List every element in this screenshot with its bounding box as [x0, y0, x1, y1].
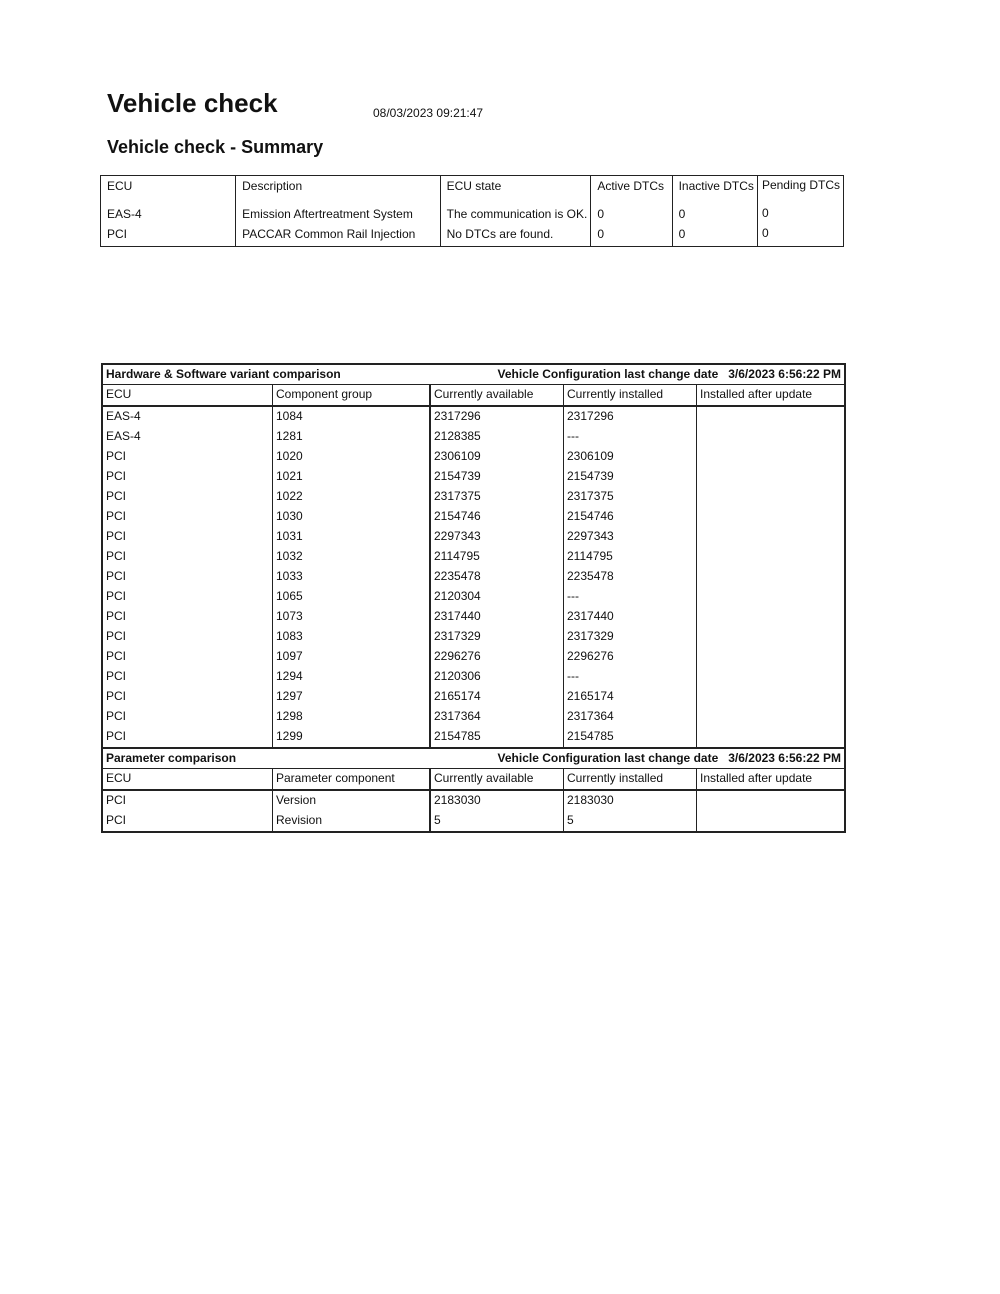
column-header: Description	[236, 176, 440, 207]
table-cell: 2296276	[564, 647, 697, 667]
table-cell: 1097	[273, 647, 431, 667]
table-cell: 1084	[273, 406, 431, 427]
table-cell: No DTCs are found.	[440, 226, 591, 247]
table-row: PCI108323173292317329	[102, 627, 845, 647]
section-title: Parameter comparison	[102, 748, 430, 769]
table-cell: PCI	[102, 707, 273, 727]
table-cell: 5	[430, 811, 564, 832]
table-cell	[697, 547, 846, 567]
table-cell: ---	[564, 427, 697, 447]
table-cell: 0	[672, 206, 757, 226]
table-cell: PCI	[102, 487, 273, 507]
summary-header-row: ECUDescriptionECU stateActive DTCsInacti…	[101, 176, 844, 207]
table-cell: 2306109	[564, 447, 697, 467]
table-row: PCI103322354782235478	[102, 567, 845, 587]
table-cell: 1281	[273, 427, 431, 447]
table-row: PCI102023061092306109	[102, 447, 845, 467]
table-cell: The communication is OK.	[440, 206, 591, 226]
table-row: PCI103021547462154746	[102, 507, 845, 527]
table-cell: 2183030	[430, 790, 564, 811]
table-cell: 2317296	[430, 406, 564, 427]
config-change-date: Vehicle Configuration last change date3/…	[430, 364, 845, 385]
table-row: EAS-412812128385---	[102, 427, 845, 447]
table-cell: 1031	[273, 527, 431, 547]
table-cell: 2154739	[564, 467, 697, 487]
table-row: EAS-4Emission Aftertreatment SystemThe c…	[101, 206, 844, 226]
column-header: Parameter component	[273, 769, 431, 791]
column-header: Currently available	[430, 385, 564, 407]
params-section-header: Parameter comparisonVehicle Configuratio…	[102, 748, 845, 769]
table-cell: 2154746	[430, 507, 564, 527]
table-cell: 0	[757, 206, 843, 226]
hw_sw-column-headers: ECUComponent groupCurrently availableCur…	[102, 385, 845, 407]
table-cell: 2120306	[430, 667, 564, 687]
table-cell: 1294	[273, 667, 431, 687]
config-date-value: 3/6/2023 6:56:22 PM	[728, 751, 841, 765]
summary-table: ECUDescriptionECU stateActive DTCsInacti…	[100, 175, 844, 247]
table-cell: 2317296	[564, 406, 697, 427]
config-date-value: 3/6/2023 6:56:22 PM	[728, 367, 841, 381]
table-cell: PCI	[102, 727, 273, 748]
table-cell: 1297	[273, 687, 431, 707]
table-cell	[697, 587, 846, 607]
hw_sw-section-header: Hardware & Software variant comparisonVe…	[102, 364, 845, 385]
column-header: Inactive DTCs	[672, 176, 757, 207]
table-cell	[697, 406, 846, 427]
page-title: Vehicle check	[107, 88, 278, 119]
table-cell: 2114795	[430, 547, 564, 567]
table-cell: 2317329	[430, 627, 564, 647]
table-cell: 2317440	[430, 607, 564, 627]
table-cell: PCI	[102, 811, 273, 832]
table-cell	[697, 527, 846, 547]
table-cell: ---	[564, 587, 697, 607]
table-cell: PCI	[102, 647, 273, 667]
table-cell: 1033	[273, 567, 431, 587]
column-header: Active DTCs	[591, 176, 672, 207]
table-cell: PCI	[102, 567, 273, 587]
table-cell	[697, 727, 846, 748]
table-cell: 1065	[273, 587, 431, 607]
table-cell: EAS-4	[101, 206, 236, 226]
table-cell: 0	[757, 226, 843, 247]
table-cell: 5	[564, 811, 697, 832]
table-cell	[697, 447, 846, 467]
table-cell	[697, 627, 846, 647]
table-cell	[697, 707, 846, 727]
table-cell: 2297343	[430, 527, 564, 547]
table-cell: PCI	[101, 226, 236, 247]
column-header: Currently installed	[564, 769, 697, 791]
table-cell	[697, 487, 846, 507]
table-row: PCI12942120306---	[102, 667, 845, 687]
table-cell	[697, 667, 846, 687]
config-change-date: Vehicle Configuration last change date3/…	[430, 748, 845, 769]
table-cell: 1022	[273, 487, 431, 507]
table-cell: PCI	[102, 687, 273, 707]
table-row: PCIRevision55	[102, 811, 845, 832]
report-datetime: 08/03/2023 09:21:47	[373, 106, 483, 120]
table-row: PCI129921547852154785	[102, 727, 845, 748]
column-header: Currently available	[430, 769, 564, 791]
table-cell: Revision	[273, 811, 431, 832]
table-cell: EAS-4	[102, 406, 273, 427]
table-cell: 1298	[273, 707, 431, 727]
table-cell: PCI	[102, 627, 273, 647]
table-cell: PCI	[102, 587, 273, 607]
table-cell	[697, 687, 846, 707]
column-header: Component group	[273, 385, 431, 407]
table-cell: 2297343	[564, 527, 697, 547]
table-cell: 1299	[273, 727, 431, 748]
table-cell: 0	[591, 226, 672, 247]
table-cell: 2317364	[564, 707, 697, 727]
config-date-label: Vehicle Configuration last change date	[498, 751, 719, 765]
table-cell	[697, 607, 846, 627]
table-cell: Emission Aftertreatment System	[236, 206, 440, 226]
table-cell: Version	[273, 790, 431, 811]
table-cell: PCI	[102, 467, 273, 487]
table-cell: PCI	[102, 527, 273, 547]
table-cell: ---	[564, 667, 697, 687]
column-header: ECU	[101, 176, 236, 207]
table-row: EAS-4108423172962317296	[102, 406, 845, 427]
table-row: PCI129721651742165174	[102, 687, 845, 707]
table-cell: PCI	[102, 447, 273, 467]
table-cell: 2165174	[430, 687, 564, 707]
table-cell: 2296276	[430, 647, 564, 667]
table-row: PCI102121547392154739	[102, 467, 845, 487]
table-cell: 0	[672, 226, 757, 247]
column-header: ECU	[102, 769, 273, 791]
table-cell	[697, 467, 846, 487]
table-cell: 2317329	[564, 627, 697, 647]
table-row: PCIPACCAR Common Rail InjectionNo DTCs a…	[101, 226, 844, 247]
table-cell: 2317440	[564, 607, 697, 627]
table-cell	[697, 507, 846, 527]
table-cell: PACCAR Common Rail Injection	[236, 226, 440, 247]
table-cell	[697, 811, 846, 832]
table-cell	[697, 647, 846, 667]
table-row: PCI107323174402317440	[102, 607, 845, 627]
table-cell: 2154785	[564, 727, 697, 748]
section-title: Hardware & Software variant comparison	[102, 364, 430, 385]
summary-heading: Vehicle check - Summary	[107, 137, 323, 158]
table-cell: 2317375	[564, 487, 697, 507]
table-cell	[697, 427, 846, 447]
table-cell: EAS-4	[102, 427, 273, 447]
table-cell: 2154739	[430, 467, 564, 487]
table-cell: 2317364	[430, 707, 564, 727]
table-cell: PCI	[102, 547, 273, 567]
table-cell: 1032	[273, 547, 431, 567]
table-row: PCI129823173642317364	[102, 707, 845, 727]
table-cell: 1020	[273, 447, 431, 467]
column-header: Pending DTCs	[757, 176, 843, 207]
table-cell: 2235478	[430, 567, 564, 587]
table-row: PCI103122973432297343	[102, 527, 845, 547]
table-cell: 1030	[273, 507, 431, 527]
table-cell: 0	[591, 206, 672, 226]
table-cell: PCI	[102, 667, 273, 687]
column-header: Currently installed	[564, 385, 697, 407]
table-cell: 2235478	[564, 567, 697, 587]
column-header: Installed after update	[697, 769, 846, 791]
table-cell: 2306109	[430, 447, 564, 467]
table-cell: 2183030	[564, 790, 697, 811]
table-cell: PCI	[102, 507, 273, 527]
table-cell	[697, 567, 846, 587]
table-cell: 2128385	[430, 427, 564, 447]
table-cell: PCI	[102, 607, 273, 627]
column-header: ECU	[102, 385, 273, 407]
table-cell: 2114795	[564, 547, 697, 567]
column-header: Installed after update	[697, 385, 846, 407]
table-cell: 2154746	[564, 507, 697, 527]
table-cell: 2154785	[430, 727, 564, 748]
table-row: PCIVersion21830302183030	[102, 790, 845, 811]
table-cell: PCI	[102, 790, 273, 811]
table-row: PCI109722962762296276	[102, 647, 845, 667]
table-cell: 1083	[273, 627, 431, 647]
table-cell: 1073	[273, 607, 431, 627]
table-row: PCI103221147952114795	[102, 547, 845, 567]
table-cell: 2317375	[430, 487, 564, 507]
table-cell: 2120304	[430, 587, 564, 607]
table-row: PCI102223173752317375	[102, 487, 845, 507]
table-row: PCI10652120304---	[102, 587, 845, 607]
table-cell: 2165174	[564, 687, 697, 707]
config-date-label: Vehicle Configuration last change date	[498, 367, 719, 381]
table-cell	[697, 790, 846, 811]
variant-comparison-table: Hardware & Software variant comparisonVe…	[101, 363, 846, 833]
column-header: ECU state	[440, 176, 591, 207]
params-column-headers: ECUParameter componentCurrently availabl…	[102, 769, 845, 791]
table-cell: 1021	[273, 467, 431, 487]
